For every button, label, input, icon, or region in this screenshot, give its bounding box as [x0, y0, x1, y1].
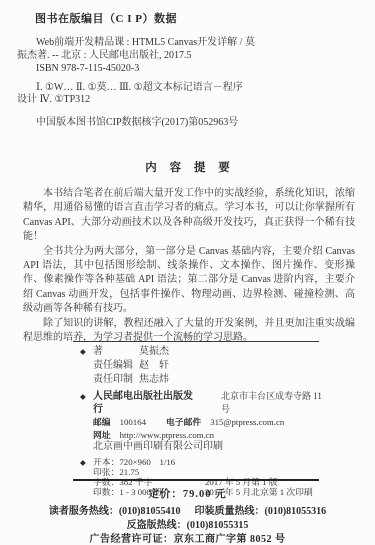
email-value: 315@ptpress.com.cn	[210, 416, 284, 429]
credit-value: 焦志炜	[139, 373, 169, 387]
diamond-bullet-icon: ◆	[75, 458, 93, 468]
credit-label: 责任编辑	[93, 359, 139, 373]
cip-verification-group: 中国版本图书馆CIP数据核字(2017)第052963号	[17, 116, 362, 129]
spec-sheets: 印张：21.75	[93, 467, 139, 477]
printer-row: 北京画中画印刷有限公司印刷	[75, 441, 325, 454]
cip-record-group: Web前端开发精品课 : HTML5 Canvas开发详解 / 莫 振杰著. -…	[17, 36, 362, 75]
abstract-section: 本书结合笔者在前后端大量开发工作中的实战经验，系统化知识，浓缩精华，用通俗易懂的…	[23, 187, 355, 345]
credit-row: ◆ 著 莫振杰	[75, 345, 325, 359]
printer-name: 北京画中画印刷有限公司印刷	[93, 441, 223, 454]
abstract-paragraph: 本书结合笔者在前后端大量开发工作中的实战经验，系统化知识，浓缩精华，用通俗易懂的…	[23, 187, 355, 245]
postcode-label: 邮编	[93, 416, 111, 429]
diamond-bullet-icon: ◆	[75, 391, 93, 404]
contact-row: 邮编 100164 电子邮件 315@ptpress.com.cn	[75, 416, 325, 429]
email-label: 电子邮件	[166, 416, 201, 429]
diamond-bullet-icon: ◆	[75, 345, 93, 359]
antipiracy-hotline: 反盗版热线：(010)81055315	[0, 516, 375, 531]
credit-row: 责任印制 焦志炜	[75, 373, 325, 387]
hotline-row: 读者服务热线：(010)81055410印装质量热线：(010)81055316	[0, 502, 375, 517]
credit-label: 责任印制	[93, 373, 139, 387]
cip-record-line: 振杰著. -- 北京 : 人民邮电出版社, 2017.5	[17, 49, 362, 62]
abstract-paragraph: 全书共分为两大部分，第一部分是 Canvas 基础内容，主要介绍 Canvas …	[23, 245, 355, 317]
spec-format: 开本：720×960 1/16	[93, 457, 175, 467]
colophon-section: ◆ 著 莫振杰 责任编辑 赵 轩 责任印制 焦志炜 ◆ 人民邮电出版社出版发行 …	[75, 345, 325, 497]
cip-isbn-line: ISBN 978-7-115-45020-3	[17, 62, 362, 75]
credits-block: ◆ 著 莫振杰 责任编辑 赵 轩 责任印制 焦志炜	[75, 345, 325, 387]
cip-block: Web前端开发精品课 : HTML5 Canvas开发详解 / 莫 振杰著. -…	[17, 36, 362, 129]
website-label: 网址	[93, 429, 111, 442]
cip-verification-line: 中国版本图书馆CIP数据核字(2017)第052963号	[17, 116, 362, 129]
ad-license: 广告经营许可证：京东工商广字第 8052 号	[0, 530, 375, 545]
publisher-address: 北京市丰台区成寿寺路 11 号	[221, 390, 325, 415]
postcode-value: 100164	[120, 416, 146, 429]
credit-value: 赵 轩	[139, 359, 169, 373]
price-line: 定价：79.00 元	[0, 486, 375, 501]
book-copyright-page: 图书在版编目（C I P）数据 Web前端开发精品课 : HTML5 Canva…	[0, 0, 375, 545]
cip-heading: 图书在版编目（C I P）数据	[35, 10, 177, 26]
publisher-block: ◆ 人民邮电出版社出版发行 北京市丰台区成寿寺路 11 号 邮编 100164 …	[75, 390, 325, 454]
website-value: http://www.ptpress.com.cn	[120, 429, 214, 442]
spec-row: ◆ 开本：720×960 1/16	[75, 457, 325, 467]
publisher-row: ◆ 人民邮电出版社出版发行 北京市丰台区成寿寺路 11 号	[75, 390, 325, 416]
credit-label: 著	[93, 345, 139, 359]
spec-row: 印张：21.75	[75, 467, 325, 477]
cip-classification-line: Ⅰ. ①W… Ⅱ. ①莫… Ⅲ. ①超文本标记语言－程序	[17, 82, 362, 94]
publisher-name: 人民邮电出版社出版发行	[93, 391, 195, 416]
divider-top	[73, 341, 319, 342]
contact-row: 网址 http://www.ptpress.com.cn	[75, 429, 325, 442]
cip-classification-line: 设计 Ⅳ. ①TP312	[17, 94, 362, 106]
divider-bottom	[73, 479, 319, 481]
cip-record-line: Web前端开发精品课 : HTML5 Canvas开发详解 / 莫	[17, 36, 362, 49]
cip-classification-group: Ⅰ. ①W… Ⅱ. ①莫… Ⅲ. ①超文本标记语言－程序 设计 Ⅳ. ①TP31…	[17, 82, 362, 106]
abstract-heading: 内 容 提 要	[0, 159, 375, 175]
credit-value: 莫振杰	[139, 345, 169, 359]
credit-row: 责任编辑 赵 轩	[75, 359, 325, 373]
